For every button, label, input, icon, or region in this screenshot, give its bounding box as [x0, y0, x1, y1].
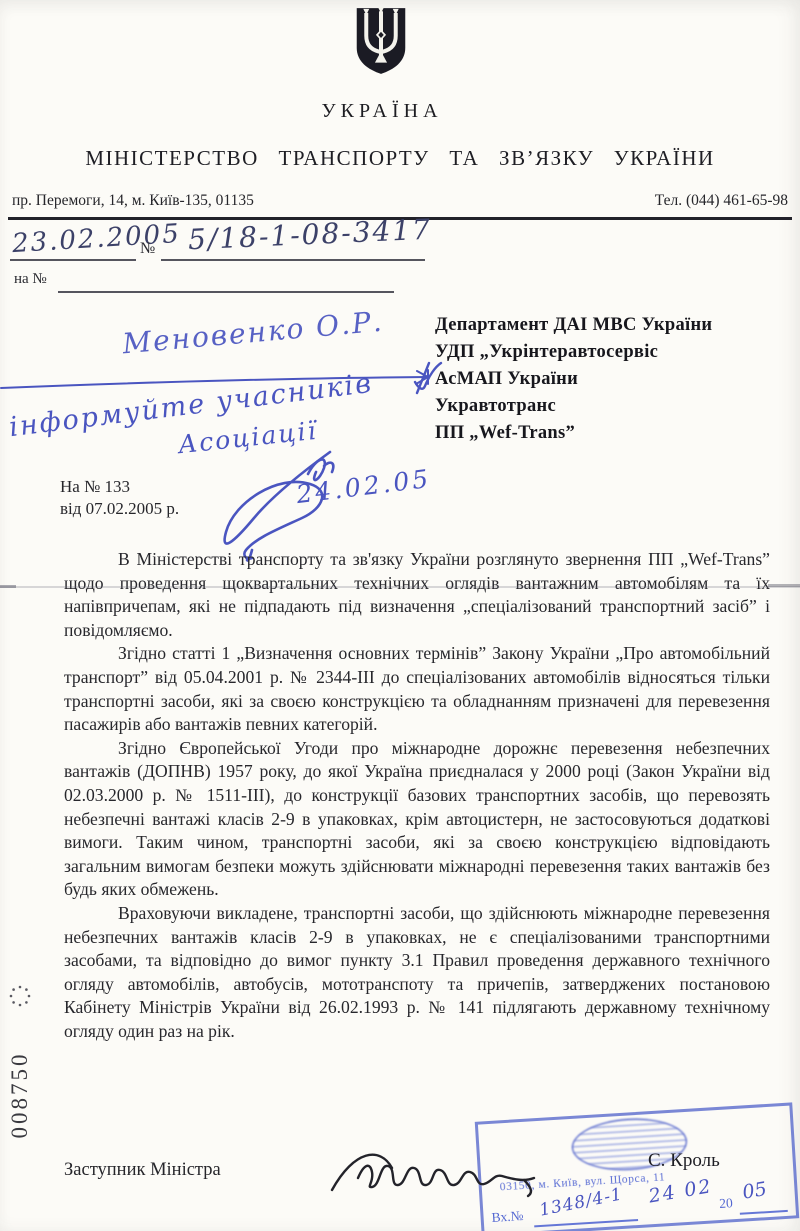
minister-signature-ink — [328, 1134, 543, 1206]
body-paragraph: Враховуючи викладене, транспортні засоби… — [64, 902, 770, 1044]
ministry-title: МІНІСТЕРСТВО ТРАНСПОРТУ ТА ЗВ’ЯЗКУ УКРАЇ… — [0, 146, 800, 171]
letterhead-contact-row: пр. Перемоги, 14, м. Київ-135, 01135 Тел… — [12, 192, 788, 210]
scan-fold-line — [0, 586, 800, 588]
stamp-incoming-label: Вх.№ — [491, 1208, 524, 1226]
body-paragraph: В Міністерстві транспорту та зв'язку Укр… — [64, 548, 770, 642]
letter-body: В Міністерстві транспорту та зв'язку Укр… — [64, 548, 770, 1043]
handwritten-name-note: Меновенко О.Р. — [121, 305, 385, 361]
letterhead-address: пр. Перемоги, 14, м. Київ-135, 01135 — [12, 192, 254, 210]
ukraine-trident-icon — [355, 5, 407, 77]
reply-to-underline — [58, 291, 394, 293]
signer-title: Заступник Міністра — [64, 1160, 221, 1181]
date-underline — [10, 259, 136, 261]
perforation-dots-icon — [8, 984, 32, 1008]
recipient-line: УДП „Укрінтеравтосервіс — [435, 339, 765, 366]
signer-name: С. Кроль — [648, 1150, 720, 1172]
in-reply-block: На № 133 від 07.02.2005 р. — [60, 476, 179, 520]
scan-fold-edge-right — [768, 584, 800, 587]
recipient-line: Укравтотранс — [435, 393, 765, 420]
body-paragraph: Згідно статті 1 „Визначення основних тер… — [64, 642, 770, 736]
scanned-letter-page: УКРАЇНА МІНІСТЕРСТВО ТРАНСПОРТУ ТА ЗВ’ЯЗ… — [0, 0, 800, 1231]
vertical-document-number: 008750 — [7, 1036, 33, 1154]
recipient-line: Департамент ДАІ МВС України — [435, 312, 765, 339]
recipients-block: Департамент ДАІ МВС України УДП „Укрінте… — [435, 312, 765, 447]
scan-fold-edge-left — [0, 585, 16, 588]
number-sign-label: № — [140, 240, 155, 258]
in-reply-date: від 07.02.2005 р. — [60, 498, 179, 520]
number-underline — [161, 259, 425, 261]
stamp-year-prefix: 20 — [719, 1195, 733, 1212]
recipient-line: ПП „Wef-Trans” — [435, 420, 765, 447]
stamp-year-underline — [740, 1210, 788, 1215]
recipient-line: АсМАП України — [435, 366, 765, 393]
country-title: УКРАЇНА — [0, 100, 764, 123]
outgoing-date-handwritten: 23.02.2005 — [11, 219, 181, 259]
reply-to-label: на № — [14, 271, 47, 288]
in-reply-number: На № 133 — [60, 476, 179, 498]
stamp-year-handwritten: 05 — [741, 1178, 768, 1204]
stamp-incoming-underline — [534, 1219, 638, 1227]
body-paragraph: Згідно Європейської Угоди про міжнародне… — [64, 737, 770, 902]
letterhead-phone: Тел. (044) 461-65-98 — [655, 192, 788, 210]
